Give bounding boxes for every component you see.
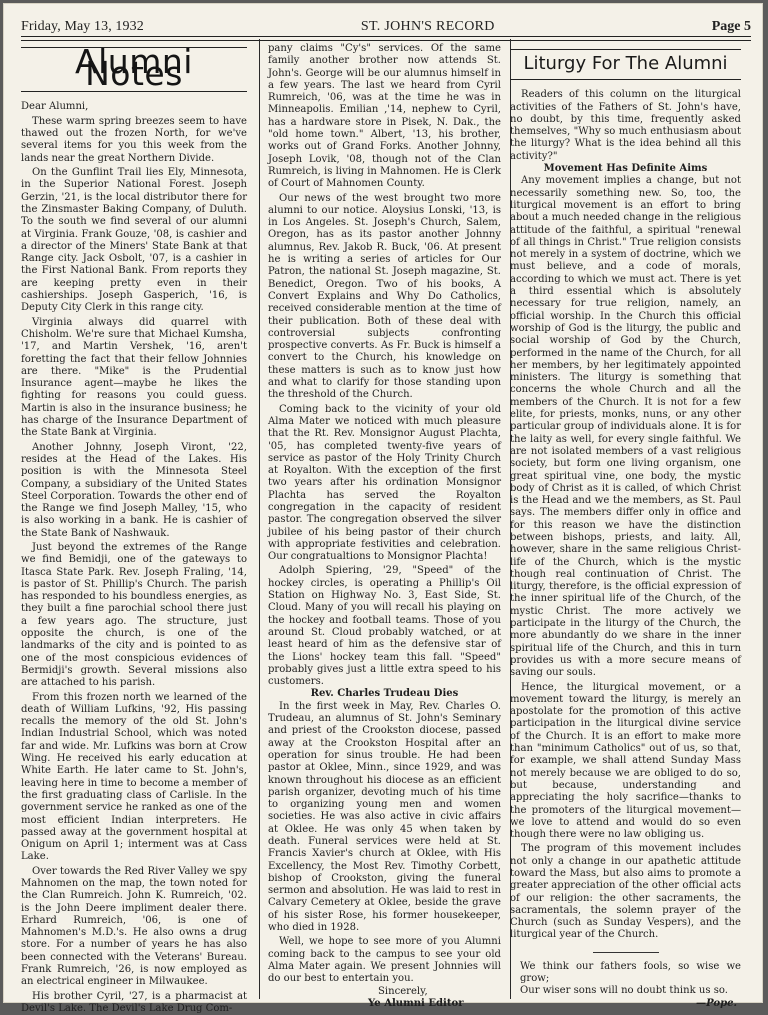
quote-line: Our wiser sons will no doubt think us so…: [510, 985, 741, 997]
paragraph: The program of this movement includes no…: [510, 843, 741, 941]
paragraph: Virginia always did quarrel with Chishol…: [21, 317, 247, 440]
page-number: Page 5: [712, 19, 751, 35]
paragraph: Over towards the Red River Valley we spy…: [21, 866, 247, 989]
alumni-notes-title: Alumni Notes: [21, 56, 247, 81]
quote-line: We think our fathers fools, so wise we g…: [510, 961, 741, 986]
paragraph: On the Gunflint Trail lies Ely, Minnesot…: [21, 167, 247, 315]
obituary-heading: Rev. Charles Trudeau Dies: [268, 688, 501, 700]
paragraph: Hence, the liturgical movement, or a mov…: [510, 682, 741, 842]
paragraph: These warm spring breezes seem to have t…: [21, 116, 247, 165]
masthead: Friday, May 13, 1932 ST. JOHN'S RECORD P…: [21, 13, 751, 35]
paragraph: Adolph Spiering, '29, "Speed" of the hoc…: [268, 565, 501, 688]
paragraph: Our news of the west brought two more al…: [268, 193, 501, 402]
alumni-notes-header: Alumni Notes: [21, 47, 247, 92]
paragraph: Any movement implies a change, but not n…: [510, 175, 741, 679]
liturgy-header: Liturgy For The Alumni: [510, 49, 741, 80]
closing: Sincerely,: [268, 986, 501, 998]
paragraph: pany claims "Cy's" services. Of the same…: [268, 43, 501, 191]
paragraph: Just beyond the extremes of the Range we…: [21, 542, 247, 690]
newspaper-title: ST. JOHN'S RECORD: [361, 19, 495, 35]
quote-attribution: —Pope.: [510, 998, 741, 1008]
alumni-notes-continued-column: pany claims "Cy's" services. Of the same…: [259, 39, 511, 999]
liturgy-column: Liturgy For The Alumni Readers of this c…: [510, 41, 741, 1008]
paragraph: Well, we hope to see more of you Alumni …: [268, 936, 501, 985]
paragraph: Readers of this column on the liturgical…: [510, 89, 741, 163]
issue-date: Friday, May 13, 1932: [21, 19, 144, 35]
liturgy-subheading: Movement Has Definite Aims: [510, 163, 741, 175]
paragraph: In the first week in May, Rev. Charles O…: [268, 701, 501, 935]
paragraph: From this frozen north we learned of the…: [21, 692, 247, 864]
alumni-notes-column: Alumni Notes Dear Alumni, These warm spr…: [21, 41, 247, 1008]
paragraph: Coming back to the vicinity of your old …: [268, 404, 501, 564]
paragraph: Another Johnny, Joseph Viront, '22, resi…: [21, 442, 247, 540]
newspaper-page: Friday, May 13, 1932 ST. JOHN'S RECORD P…: [3, 3, 763, 1003]
paragraph: His brother Cyril, '27, is a pharmacist …: [21, 991, 247, 1008]
signature: Ye Alumni Editor: [268, 998, 501, 1008]
liturgy-title: Liturgy For The Alumni: [510, 58, 741, 70]
divider: [593, 952, 659, 953]
salutation: Dear Alumni,: [21, 101, 247, 113]
